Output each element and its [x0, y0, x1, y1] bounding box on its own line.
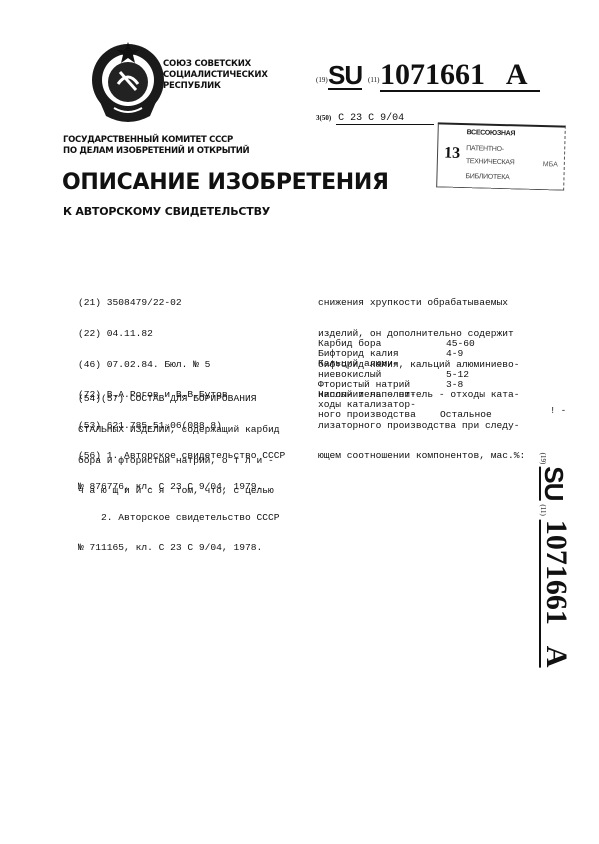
stamp-side: МБА: [543, 161, 558, 169]
country-line: СОЮЗ СОВЕТСКИХ: [163, 59, 268, 70]
claim-line: ч а ю щ и й с я том, что, с целью: [78, 486, 280, 496]
document-title: ОПИСАНИЕ ИЗОБРЕТЕНИЯ: [62, 170, 389, 195]
component-value: 5-12: [428, 370, 516, 380]
claim-line: бора и фтористый натрий, о т л и -: [78, 456, 280, 466]
component-value: Остальное: [428, 410, 510, 420]
biblio-line: 2. Авторское свидетельство СССР: [78, 513, 285, 523]
component-value: [428, 359, 516, 369]
biblio-line: (21) 3508479/22-02: [78, 298, 285, 308]
patent-kind: A: [506, 58, 528, 91]
claim-text-left: (54)(57) СОСТАВ ДЛЯ БОРИРОВАНИЯ СТАЛЬНЫХ…: [78, 374, 280, 507]
patent-number-block: (19) SU (11) 1071661 A: [316, 62, 541, 92]
stamp-line: ПАТЕНТНО-: [466, 145, 504, 153]
composition-row: ного производстваОстальное: [318, 410, 516, 420]
claim-line: СТАЛЬНЫХ ИЗДЕЛИЙ, содержащий карбид: [78, 425, 280, 435]
side-country-code-label: (19): [539, 453, 547, 465]
patent-number-value: 1071661: [380, 58, 485, 91]
side-patent-number: (19) SU (11) 1071661 A: [530, 430, 580, 690]
stamp-line: ВСЕСОЮЗНАЯ: [467, 129, 516, 137]
library-stamp: 13 ВСЕСОЮЗНАЯ ПАТЕНТНО- ТЕХНИЧЕСКАЯ БИБЛ…: [436, 122, 566, 190]
side-country-code: SU: [539, 466, 567, 500]
component-value: 45-60: [428, 339, 516, 349]
component-value: 3-8: [428, 380, 516, 390]
claim-line: (54)(57) СОСТАВ ДЛЯ БОРИРОВАНИЯ: [78, 394, 280, 404]
country-line: РЕСПУБЛИК: [163, 81, 268, 92]
side-number: 1071661: [540, 520, 573, 625]
patent-number: 1071661 A: [380, 60, 540, 92]
composition-table: Карбид бора45-60Бифторид калия4-9Кальций…: [318, 339, 516, 421]
component-value: 4-9: [428, 349, 516, 359]
component-name: ного производства: [318, 410, 428, 420]
stamp-line: ТЕХНИЧЕСКАЯ: [466, 158, 515, 166]
committee-line: ПО ДЕЛАМ ИЗОБРЕТЕНИЙ И ОТКРЫТИЙ: [63, 146, 249, 157]
stamp-number: 13: [444, 145, 460, 163]
number-label: (11): [368, 76, 379, 84]
country-code: SU: [328, 62, 362, 90]
claim-line: снижения хрупкости обрабатываемых: [318, 298, 525, 308]
stamp-line: БИБЛИОТЕКА: [465, 173, 509, 181]
side-patent-number-value: 1071661 A: [539, 520, 571, 668]
biblio-line: № 711165, кл. С 23 С 9/04, 1978.: [78, 543, 285, 553]
margin-mark: ! -: [550, 406, 566, 416]
committee-name: ГОСУДАРСТВЕННЫЙ КОМИТЕТ СССР ПО ДЕЛАМ ИЗ…: [63, 135, 249, 157]
committee-line: ГОСУДАРСТВЕННЫЙ КОМИТЕТ СССР: [63, 135, 249, 146]
ipc-label: 3(50): [316, 114, 331, 122]
side-number-label: (11): [539, 504, 547, 515]
country-line: СОЦИАЛИСТИЧЕСКИХ: [163, 70, 268, 81]
claim-line: ющем соотношении компонентов, мас.%:: [318, 451, 525, 461]
component-value: [428, 390, 516, 400]
document-subtitle: К АВТОРСКОМУ СВИДЕТЕЛЬСТВУ: [63, 205, 270, 218]
side-kind: A: [540, 646, 573, 668]
ipc-classification: 3(50)C 23 C 9/04: [316, 113, 434, 124]
country-name: СОЮЗ СОВЕТСКИХ СОЦИАЛИСТИЧЕСКИХ РЕСПУБЛИ…: [163, 59, 268, 92]
ipc-value: C 23 C 9/04: [336, 113, 434, 125]
biblio-line: (22) 04.11.82: [78, 329, 285, 339]
claim-line: лизаторного производства при следу-: [318, 421, 525, 431]
biblio-line: (46) 07.02.84. Бюл. № 5: [78, 360, 285, 370]
country-code-label: (19): [316, 76, 328, 84]
